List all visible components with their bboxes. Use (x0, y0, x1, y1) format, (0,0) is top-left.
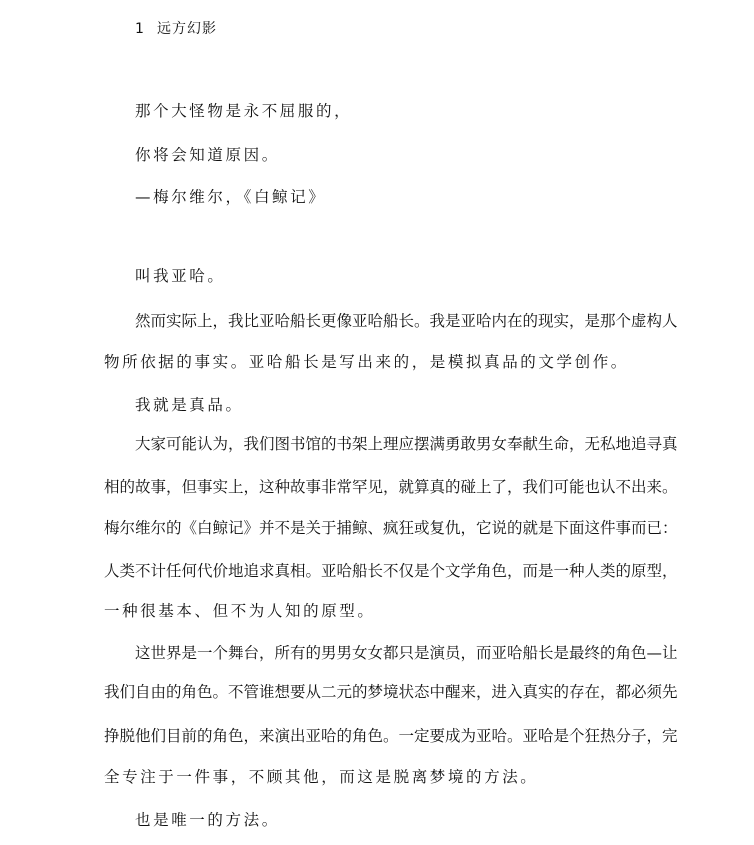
paragraph-line: 相的故事，但事实上，这种故事非常罕见，就算真的碰上了，我们可能也认不出来。 (104, 477, 650, 497)
paragraph-line: 大家可能认为，我们图书馆的书架上理应摆满勇敢男女奉献生命，无私地追寻真 (135, 434, 650, 454)
paragraph-line: 这世界是一个舞台，所有的男男女女都只是演员，而亚哈船长是最终的角色—让 (135, 643, 650, 663)
chapter-title: 远方幻影 (157, 21, 217, 37)
chapter-heading: 1远方幻影 (135, 19, 681, 39)
paragraph-line: 梅尔维尔的《白鲸记》并不是关于捕鲸、疯狂或复仇，它说的就是下面这件事而已： (104, 518, 650, 538)
paragraph-line: 一种很基本、但不为人知的原型。 (104, 601, 650, 621)
paragraph-line: 叫我亚哈。 (135, 266, 681, 286)
paragraph-line: 人类不计任何代价地追求真相。亚哈船长不仅是个文学角色，而是一种人类的原型， (104, 561, 650, 581)
paragraph-line: 我们自由的角色。不管谁想要从二元的梦境状态中醒来，进入真实的存在，都必须先 (104, 682, 650, 702)
epigraph-line: 你将会知道原因。 (135, 145, 681, 165)
paragraph-line: 全专注于一件事，不顾其他，而这是脱离梦境的方法。 (104, 767, 650, 787)
paragraph-line: 也是唯一的方法。 (135, 810, 681, 830)
chapter-number: 1 (135, 19, 157, 39)
epigraph-attribution: —梅尔维尔，《白鲸记》 (135, 187, 681, 207)
paragraph-line: 挣脱他们目前的角色，来演出亚哈的角色。一定要成为亚哈。亚哈是个狂热分子，完 (104, 726, 650, 746)
paragraph-line: 然而实际上，我比亚哈船长更像亚哈船长。我是亚哈内在的现实，是那个虚构人 (135, 311, 650, 331)
epigraph-line: 那个大怪物是永不屈服的， (135, 101, 681, 121)
paragraph-line: 物所依据的事实。亚哈船长是写出来的，是模拟真品的文学创作。 (104, 352, 650, 372)
paragraph-line: 我就是真品。 (135, 395, 681, 415)
